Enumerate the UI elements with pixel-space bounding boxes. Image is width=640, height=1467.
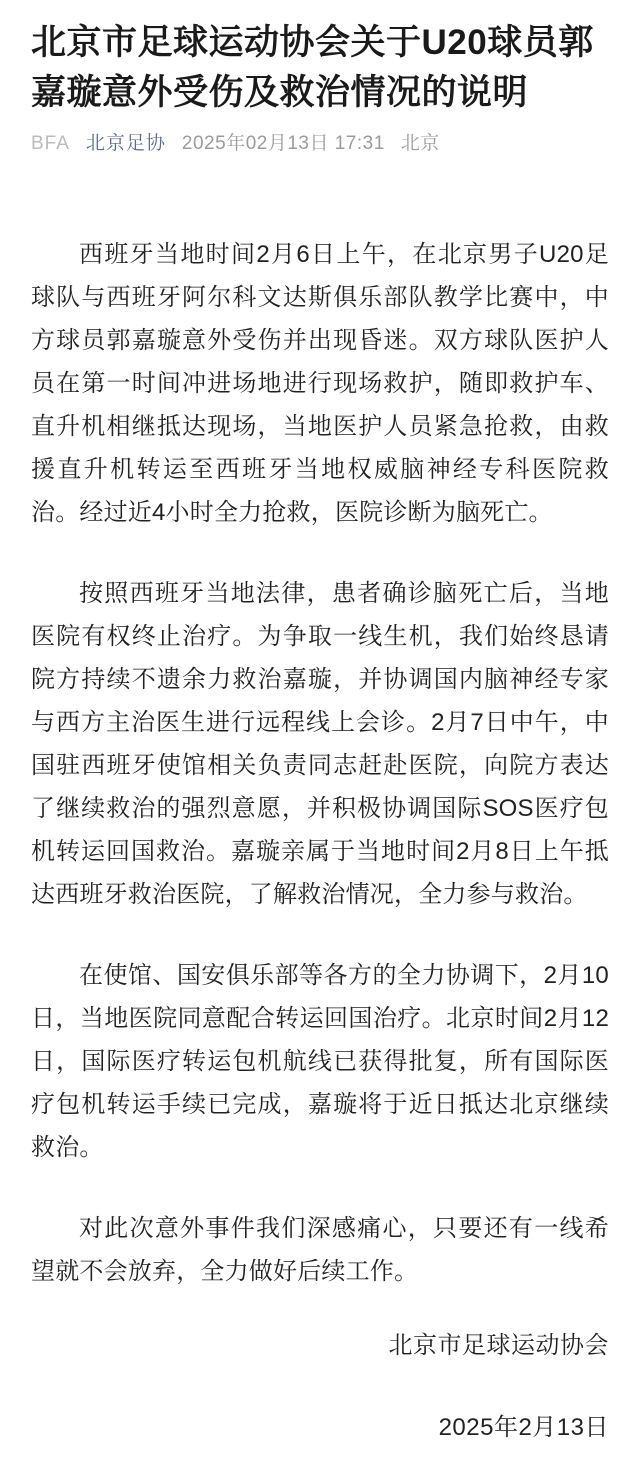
page-title: 北京市足球运动协会关于U20球员郭 嘉璇意外受伤及救治情况的说明: [31, 18, 609, 118]
page-title-line1: 北京市足球运动协会关于U20球员郭: [31, 23, 594, 62]
author-label: BFA: [31, 131, 70, 157]
paragraph: 对此次意外事件我们深感痛心，只要还有一线希望就不会放弃，全力做好后续工作。: [31, 1207, 609, 1293]
meta-row: BFA 北京足协 2025年02月13日 17:31 北京: [31, 131, 609, 157]
article-page: 北京市足球运动协会关于U20球员郭 嘉璇意外受伤及救治情况的说明 BFA 北京足…: [0, 0, 640, 1467]
signature-date: 2025年2月13日: [31, 1413, 609, 1443]
publish-location: 北京: [401, 131, 440, 157]
signature: 北京市足球运动协会: [31, 1331, 609, 1361]
paragraph: 在使馆、国安俱乐部等各方的全力协调下，2月10日，当地医院同意配合转运回国治疗。…: [31, 954, 609, 1169]
paragraph: 西班牙当地时间2月6日上午，在北京男子U20足球队与西班牙阿尔科文达斯俱乐部队教…: [31, 233, 609, 534]
article-body: 西班牙当地时间2月6日上午，在北京男子U20足球队与西班牙阿尔科文达斯俱乐部队教…: [31, 233, 609, 1443]
publish-datetime: 2025年02月13日 17:31: [182, 131, 385, 157]
account-name-link[interactable]: 北京足协: [86, 131, 166, 157]
page-title-line2: 嘉璇意外受伤及救治情况的说明: [31, 73, 528, 112]
paragraph: 按照西班牙当地法律，患者确诊脑死亡后，当地医院有权终止治疗。为争取一线生机，我们…: [31, 572, 609, 916]
